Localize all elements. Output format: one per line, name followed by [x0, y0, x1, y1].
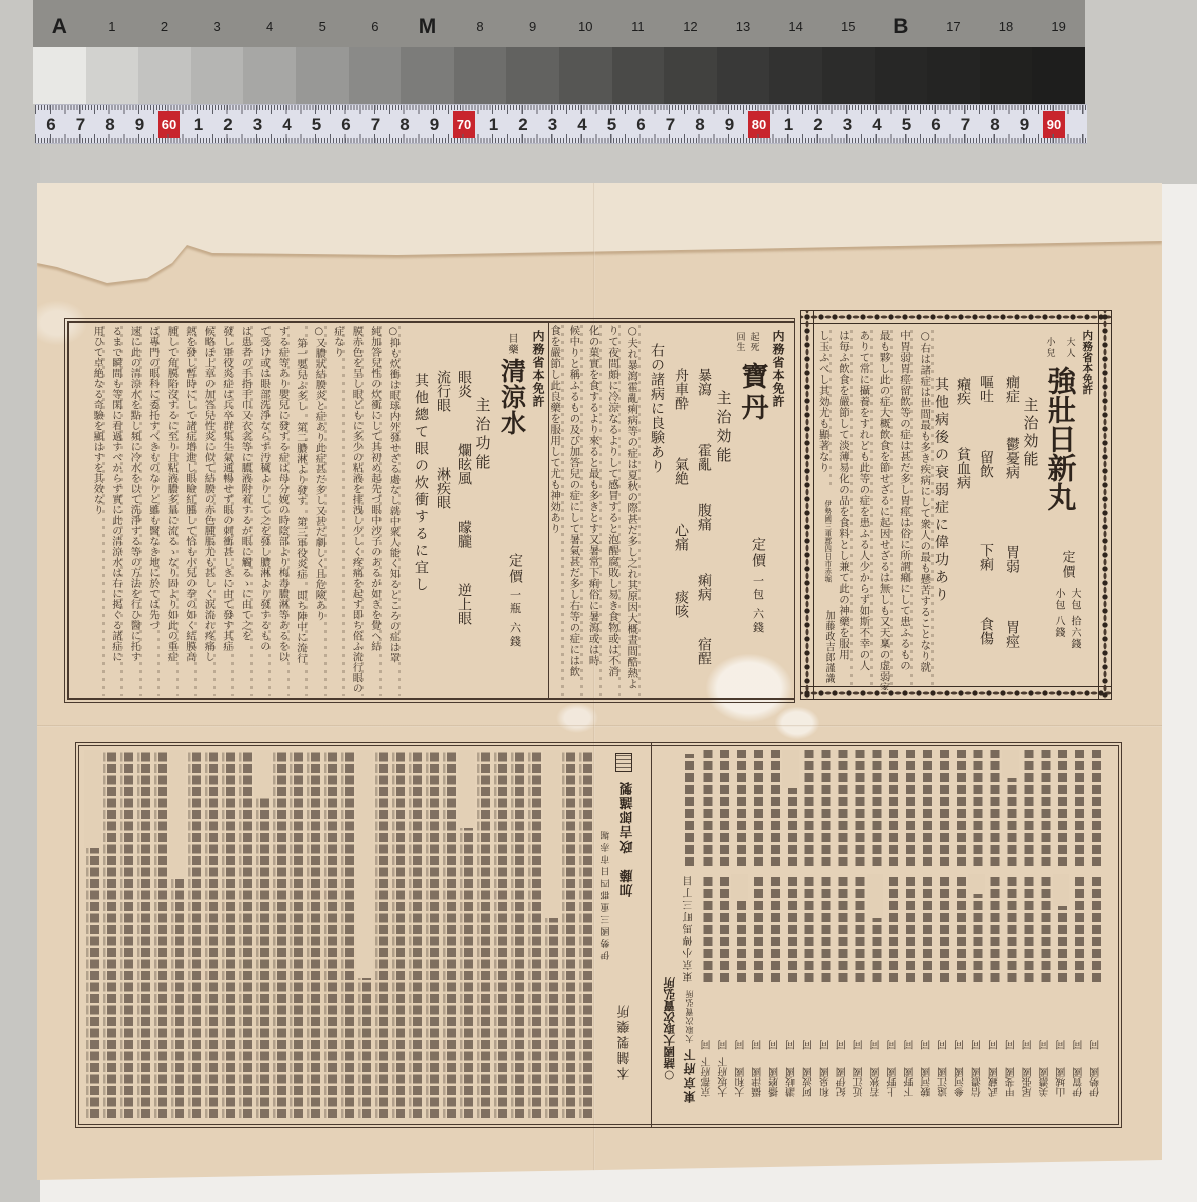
indication: 痰咳 — [674, 590, 688, 618]
same-mark: 同 — [1007, 1040, 1017, 1050]
indication: 眼炎 — [457, 370, 471, 398]
column-end-space — [1002, 750, 1019, 778]
same-mark: 同 — [872, 1040, 882, 1050]
indication: 霍亂 — [697, 443, 711, 471]
province-entry: 播磨國同 — [771, 1028, 781, 1128]
other-indication: 其他總て眼の炊衝するに宜し — [414, 373, 428, 594]
gray-patch — [33, 47, 86, 104]
ruler-number: 3 — [541, 113, 565, 137]
province-name: 大和國 — [737, 1067, 747, 1097]
ruler-number: 9 — [423, 113, 447, 137]
scale-label: 11 — [612, 0, 665, 47]
scale-label: 19 — [1032, 0, 1085, 47]
tokyo-agent-label: 大取次賣弘所 — [686, 989, 694, 1043]
scale-label: 2 — [138, 0, 191, 47]
price-label: 定價 — [751, 537, 765, 569]
column-end-space — [782, 750, 799, 788]
province-entry: 美濃國同 — [1041, 1028, 1051, 1128]
province-name: 若狹國 — [872, 1067, 882, 1097]
province-entry: 尾張國同 — [1024, 1028, 1034, 1128]
indication: 逆上眼 — [457, 583, 471, 625]
same-mark: 同 — [754, 1040, 764, 1050]
ruler-number: 5 — [305, 113, 329, 137]
province-entry: 攝津國同 — [754, 1028, 764, 1128]
ruler-number: 2 — [806, 113, 830, 137]
province-entry: 和泉國同 — [821, 1028, 831, 1128]
text-column: 速に此の清涼水を點し頻に冷水を以て洗淨する等の方法を行ひ醫に托す — [124, 326, 143, 696]
province-name: 攝津國 — [754, 1067, 764, 1097]
stain-area — [37, 183, 1162, 323]
scale-label: B — [875, 0, 928, 47]
product-description: ○抑も炊衝は眼球内外發せざる處なし就中衆人能く知るところの症は罩 純加答兒性の炊… — [87, 326, 402, 696]
province-entry: 阿波國同 — [804, 1028, 814, 1128]
text-column: るまで瞬間も等閑に看過すべからず實に此の清涼水は右に掲ぐる諸症に — [105, 326, 124, 696]
ruler-number: 7 — [954, 113, 978, 137]
same-mark: 同 — [923, 1040, 933, 1050]
province-name: 播磨國 — [771, 1067, 781, 1097]
scale-label: 1 — [86, 0, 139, 47]
agents-header: ○諸國大取次賣弘所 — [664, 977, 676, 1083]
indication: 胃痙 — [1005, 620, 1019, 648]
column-end-space — [1053, 874, 1070, 906]
province-name: 信濃國 — [973, 1067, 983, 1097]
grayscale-patches — [33, 47, 1085, 104]
column-end-space — [867, 874, 884, 918]
text-column: は患者の手指手巾又衣衾等に膿液附着するが眼に觸るゝに由て之を — [235, 326, 254, 696]
text-column: 熱を發し暫時にして諸症增進し眼瞼紅腫して恰も小兒の拳の如く結膜高 — [179, 326, 198, 696]
head-office: 本舗製藥所 — [619, 1003, 632, 1081]
scan-background-left — [0, 0, 40, 1202]
grayscale-label-band: A 1 2 3 4 5 6 M 8 9 10 11 12 13 14 15 B … — [33, 0, 1085, 47]
same-mark: 同 — [703, 1040, 713, 1050]
product-description: ○夫れ暴瀉霍亂痢病等の症は夏秋の際甚だ多し之れ其原因大概晝間酷熱よ りて夜間頗に… — [545, 325, 642, 700]
scale-label: 12 — [664, 0, 717, 47]
indication: 爛眩風 — [457, 443, 471, 485]
fold-crease-horizontal — [37, 725, 1162, 727]
ruler-number-highlight: 60 — [158, 111, 180, 138]
publisher-name: 加藤 政吉郎謹製 — [622, 780, 635, 897]
section-divider — [651, 742, 652, 1128]
column-end-space — [356, 750, 373, 978]
province-name: 尾張國 — [1024, 1067, 1034, 1097]
province-name: 駿河國 — [923, 1067, 933, 1097]
scale-label: 4 — [243, 0, 296, 47]
publisher-address: 伊勢國三重郡四日市赤堀 — [603, 828, 612, 960]
agent-address-text — [698, 874, 1104, 982]
efficacy-label: 主治効能 — [716, 390, 731, 466]
province-entry: 參河國同 — [957, 1028, 967, 1128]
price-label: 定價 — [1061, 550, 1074, 580]
column-end-space — [254, 750, 271, 798]
column-end-space — [543, 750, 560, 918]
product-name: 強壯日新丸 — [1046, 366, 1075, 511]
text-column: 膜赤色を呈し眼どもに多少の粘液を排洩し少しく疼痛を起す即ち俗ふ流行眼の — [346, 326, 365, 696]
frame-rule-top — [64, 318, 795, 319]
indication: 腹痛 — [697, 503, 711, 531]
ruler-number: 6 — [629, 113, 653, 137]
tokyo-region: 東京府下 — [684, 1047, 696, 1103]
indication: 宿酲 — [697, 637, 711, 665]
frame-rule-bottom-inner — [67, 698, 794, 700]
province-name: 近江國 — [855, 1067, 865, 1097]
gray-patch — [454, 47, 507, 104]
province-name: 讃岐國 — [788, 1067, 798, 1097]
text-column: 候略ぼ上章の加答兒性炎に似て結膜の赤色腫脹尤も甚しく涙流れ疼痛し — [198, 326, 217, 696]
same-mark: 同 — [1058, 1040, 1068, 1050]
license-text: 内務省本免許 — [1082, 330, 1093, 395]
ruler-number: 9 — [718, 113, 742, 137]
frame-rule-bottom — [64, 702, 795, 703]
same-mark: 同 — [906, 1040, 916, 1050]
indication: 舟車酔 — [674, 368, 688, 410]
other-indication: 其他病後の衰弱症に偉功あり — [934, 377, 948, 605]
province-name: 大坂府下 — [720, 1057, 730, 1097]
column-end-space — [84, 750, 101, 848]
province-entry: 上野國同 — [889, 1028, 899, 1128]
price-small-pack: 小包 八錢 — [1053, 588, 1063, 639]
gray-patch — [349, 47, 402, 104]
agent-name-text — [698, 750, 1104, 866]
ruler-number-highlight: 90 — [1043, 111, 1065, 138]
province-entry: 武藏國同 — [990, 1028, 1000, 1128]
same-mark: 同 — [1075, 1040, 1085, 1050]
price-label: 定價 — [508, 553, 522, 585]
scale-label: 14 — [769, 0, 822, 47]
same-mark: 同 — [804, 1040, 814, 1050]
ruler-number: 3 — [836, 113, 860, 137]
ruler-number: 7 — [659, 113, 683, 137]
ruler-number: 7 — [364, 113, 388, 137]
gray-patch — [769, 47, 822, 104]
tagline: 起死 — [749, 332, 758, 352]
province-entry: 讃岐國同 — [788, 1028, 798, 1128]
scale-label: M — [401, 0, 454, 47]
scale-label: 15 — [822, 0, 875, 47]
indication: 流行眼 — [436, 370, 450, 412]
same-mark: 同 — [720, 1040, 730, 1050]
text-column: ○夫れ暴瀉霍亂痢病等の症は夏秋の際甚だ多し之れ其原因大概晝間酷熱よ — [622, 325, 641, 700]
ruler-number: 6 — [334, 113, 358, 137]
inverted-lower-section: 伊勢國三重郡四日市赤堀 加藤 政吉郎謹製 本舗製藥所 ○諸國大取次賣弘所 東京府… — [75, 742, 1122, 1128]
province-entry: 山城國同 — [1058, 1028, 1068, 1128]
text-column: 最も夥し此の症大概飲食を節せざるに起因せざるは無しも又天稟の虚弱家 — [873, 330, 893, 690]
frame-rule-top-inner — [67, 321, 794, 323]
price-large-pack: 大包 拾六錢 — [1069, 588, 1079, 650]
text-column: ○右は諸症は世間最も多き疾病にして衆人の最も懸苦することなり就 — [914, 330, 934, 690]
indication: 氣絶 — [674, 457, 688, 485]
same-mark: 同 — [737, 1040, 747, 1050]
ruler-number: 2 — [216, 113, 240, 137]
text-column: ○又膿狀結膜炎と症あり此症甚だ多し又甚だ劇しく且危險あり — [309, 326, 328, 696]
province-name: 伊勢國 — [1092, 1067, 1102, 1097]
indication: 痢病 — [697, 573, 711, 601]
province-entry: 甲斐國同 — [1007, 1028, 1017, 1128]
text-column: ○抑も炊衝は眼球内外發せざる處なし就中衆人能く知るところの症は罩 — [383, 326, 402, 696]
text-column: 第一嬰兒ふ多し 第二膿淋より發す 第三軍役炎症 即ち陣中に流行 — [290, 326, 309, 696]
indication: 下痢 — [979, 543, 993, 571]
tagline: 回生 — [735, 332, 744, 352]
province-entry: 信濃國同 — [973, 1028, 983, 1128]
indication: 心痛 — [674, 523, 688, 551]
scale-label: 17 — [927, 0, 980, 47]
text-column: し玉ふべし其効尤も顯著なり — [812, 330, 832, 490]
province-entry: 紀伊國同 — [838, 1028, 848, 1128]
same-mark: 同 — [855, 1040, 865, 1050]
product-name: 寶丹 — [739, 362, 766, 424]
text-column: は毎ふ飲食を嚴節して淡薄易化の品を食料とし兼て此の神藥を服用 — [833, 330, 853, 690]
gray-patch — [980, 47, 1033, 104]
column-end-space — [968, 874, 985, 894]
scale-label: 3 — [191, 0, 244, 47]
ruler-number: 4 — [570, 113, 594, 137]
column-end-space — [169, 750, 186, 878]
ruler-number: 2 — [511, 113, 535, 137]
indication: 癪疾 — [956, 377, 970, 405]
same-mark: 同 — [990, 1040, 1000, 1050]
indication: 嘔吐 — [979, 375, 993, 403]
inverted-article-text — [84, 750, 594, 1118]
frame-rule-left-inner — [67, 321, 69, 700]
gray-patch — [1032, 47, 1085, 104]
same-mark: 同 — [1041, 1040, 1051, 1050]
ruler-number: 9 — [1013, 113, 1037, 137]
license-text: 内務省本免許 — [772, 330, 784, 408]
water-stain-top — [37, 183, 1162, 323]
province-entry: 伊勢國同 — [1092, 1028, 1102, 1128]
scale-label: 9 — [506, 0, 559, 47]
province-entry: 大坂府下同 — [720, 1028, 730, 1128]
centimeter-ruler: 6 7 8 9 60 1 2 3 4 5 6 7 8 9 70 1 2 3 4 … — [35, 104, 1087, 144]
province-name: 山城國 — [1058, 1067, 1068, 1097]
province-entry: 大和國同 — [737, 1028, 747, 1128]
gray-patch — [401, 47, 454, 104]
ruler-number: 7 — [69, 113, 93, 137]
province-name: 參河國 — [957, 1067, 967, 1097]
color-calibration-chart: A 1 2 3 4 5 6 M 8 9 10 11 12 13 14 15 B … — [33, 0, 1085, 144]
indication: 淋疾眼 — [436, 467, 450, 509]
ornamental-border-right — [1098, 310, 1112, 700]
text-column: 發し軍役炎症は兵卒群集生氣通暢せず眼の刺衝甚しきに由て發す其症 — [216, 326, 235, 696]
province-name: 京都府下 — [703, 1057, 713, 1097]
ruler-number: 1 — [187, 113, 211, 137]
frame-rule-left — [64, 318, 65, 703]
indication: 留飲 — [979, 450, 993, 478]
agent-name-text — [680, 754, 697, 866]
signature-name: 加藤政吉郎謹識 — [823, 610, 833, 684]
agent-address: 東京小傳馬町三丁目 — [685, 874, 695, 982]
text-column: 純加答兒性の炊衝にして其初め起先づ眼中沙子のあるが如きを覺へ結 — [364, 326, 383, 696]
same-mark: 同 — [889, 1040, 899, 1050]
scale-label: A — [33, 0, 86, 47]
province-entry: 若狹國同 — [872, 1028, 882, 1128]
indication: 食傷 — [979, 617, 993, 645]
province-name: 下野國 — [906, 1067, 916, 1097]
ruler-number: 8 — [393, 113, 417, 137]
same-mark: 同 — [940, 1040, 950, 1050]
product-category: 目藥 — [506, 333, 516, 355]
target-adult: 大人 — [1065, 337, 1074, 359]
ruler-number: 4 — [275, 113, 299, 137]
ruler-number: 6 — [39, 113, 63, 137]
gray-patch — [664, 47, 717, 104]
province-entry: 遠江國同 — [940, 1028, 950, 1128]
section-divider — [794, 318, 795, 703]
scale-label: 10 — [559, 0, 612, 47]
text-column: ありて常に攝養をすれども此等の症を患ふる人少からず如斯不幸の人 — [853, 330, 873, 690]
price-value: 一瓶 六錢 — [510, 589, 521, 649]
province-entry: 下野國同 — [906, 1028, 916, 1128]
scale-label: 6 — [349, 0, 402, 47]
same-mark: 同 — [973, 1040, 983, 1050]
province-name: 遠江國 — [940, 1067, 950, 1097]
text-column: て受け或は眼部洗淨ならず汚穢よりして之を發し膿淋より發するもの — [253, 326, 272, 696]
ruler-number: 8 — [98, 113, 122, 137]
indication: 癇症 — [1005, 375, 1019, 403]
ruler-number-highlight: 70 — [453, 111, 475, 138]
medicine-advertisement-leaflet: 内務省本免許 大人 小兒 強壯日新丸 主治効能 癇症 鬱憂病 胃弱 胃痙 嘔吐 … — [37, 183, 1162, 1180]
gray-patch — [822, 47, 875, 104]
gray-patch — [612, 47, 665, 104]
column-end-space — [458, 750, 475, 828]
province-name: 阿波國 — [804, 1067, 814, 1097]
same-mark: 同 — [788, 1040, 798, 1050]
same-mark: 同 — [821, 1040, 831, 1050]
ruler-number: 8 — [983, 113, 1007, 137]
province-entry: 駿河國同 — [923, 1028, 933, 1128]
province-name: 上野國 — [889, 1067, 899, 1097]
text-column: 腫して角膜陷沒するに至り且粘液膿多量に流るゝなり固より如此の重症 — [161, 326, 180, 696]
indication: 貧血病 — [956, 447, 970, 489]
ruler-number: 9 — [128, 113, 152, 137]
scale-label: 8 — [454, 0, 507, 47]
effect-note: 右の諸病に良験あり — [650, 343, 664, 474]
product-name: 清涼水 — [500, 358, 525, 436]
indication: 鬱憂病 — [1005, 437, 1019, 479]
province-entry: 京都府下同 — [703, 1028, 713, 1128]
same-mark: 同 — [771, 1040, 781, 1050]
seal-stamp — [615, 753, 632, 772]
indication: 曚朧 — [457, 520, 471, 548]
province-name: 和泉國 — [821, 1067, 831, 1097]
province-name: 甲斐國 — [1007, 1067, 1017, 1097]
gray-patch — [191, 47, 244, 104]
scale-label: 5 — [296, 0, 349, 47]
gray-patch — [927, 47, 980, 104]
province-entry: 近江國同 — [855, 1028, 865, 1128]
gray-patch — [296, 47, 349, 104]
scale-label: 18 — [980, 0, 1033, 47]
ruler-number-highlight: 80 — [748, 111, 770, 138]
text-column: 用ひて卓絶なる奇驗を顯はすを其效なり — [87, 326, 106, 696]
indication: 暴瀉 — [697, 368, 711, 396]
ruler-number: 5 — [600, 113, 624, 137]
price-value: 一包 六錢 — [753, 575, 764, 635]
gray-patch — [138, 47, 191, 104]
ornamental-border-top — [800, 310, 1112, 324]
text-column: は專門の眼科に委托すべきものなりと雖も醫なき地に於ては先づ — [142, 326, 161, 696]
gray-patch — [875, 47, 928, 104]
gray-patch — [506, 47, 559, 104]
text-column: 食を嚴節し此良藥を服用して尤も神効あり — [545, 325, 564, 700]
province-name: 紀伊國 — [838, 1067, 848, 1097]
province-name: 美濃國 — [1041, 1067, 1051, 1097]
gray-patch — [717, 47, 770, 104]
target-child: 小兒 — [1045, 337, 1054, 359]
column-end-space — [731, 874, 748, 900]
indication: 胃弱 — [1005, 545, 1019, 573]
ruler-number: 1 — [482, 113, 506, 137]
gray-patch — [86, 47, 139, 104]
text-column: りて夜間頗に冷涼なるよりして感冒すると泡醒腐敗し易き食物或は不消 — [603, 325, 622, 700]
province-name: 武藏國 — [990, 1067, 1000, 1097]
text-column: 候中りと稱ふるもの及び加答兒の症にして暑氣甚だ多し右等の症には飲 — [564, 325, 583, 700]
ruler-number: 8 — [688, 113, 712, 137]
signature-address: 伊勢國三重郡四日市赤堀 — [824, 500, 832, 583]
gray-patch — [243, 47, 296, 104]
text-column: する症等あり嬰兒に發する症は母分娩の時陰部より梅毒膿淋等あるを以 — [272, 326, 291, 696]
ruler-number: 1 — [777, 113, 801, 137]
ruler-number: 6 — [924, 113, 948, 137]
ruler-number: 4 — [865, 113, 889, 137]
efficacy-label: 主治効能 — [1023, 397, 1038, 469]
text-column: 化の菓實を食するより來ると最も多きとす又暑常下痢俗に暑瀉或は時 — [583, 325, 602, 700]
efficacy-label: 主治功能 — [475, 397, 490, 473]
text-column: 中胃弱胃痙留飲等の症は甚だ多し胃痙は俗に所謂癪にして患ふるもの — [894, 330, 914, 690]
scale-label: 13 — [717, 0, 770, 47]
ruler-number: 5 — [895, 113, 919, 137]
text-column: 症なり — [327, 326, 346, 696]
same-mark: 同 — [1092, 1040, 1102, 1050]
gray-patch — [559, 47, 612, 104]
license-text: 内務省本免許 — [532, 330, 544, 408]
same-mark: 同 — [957, 1040, 967, 1050]
same-mark: 同 — [838, 1040, 848, 1050]
same-mark: 同 — [1024, 1040, 1034, 1050]
province-name: 伊賀國 — [1075, 1067, 1085, 1097]
ruler-number: 3 — [246, 113, 270, 137]
province-entry: 伊賀國同 — [1075, 1028, 1085, 1128]
